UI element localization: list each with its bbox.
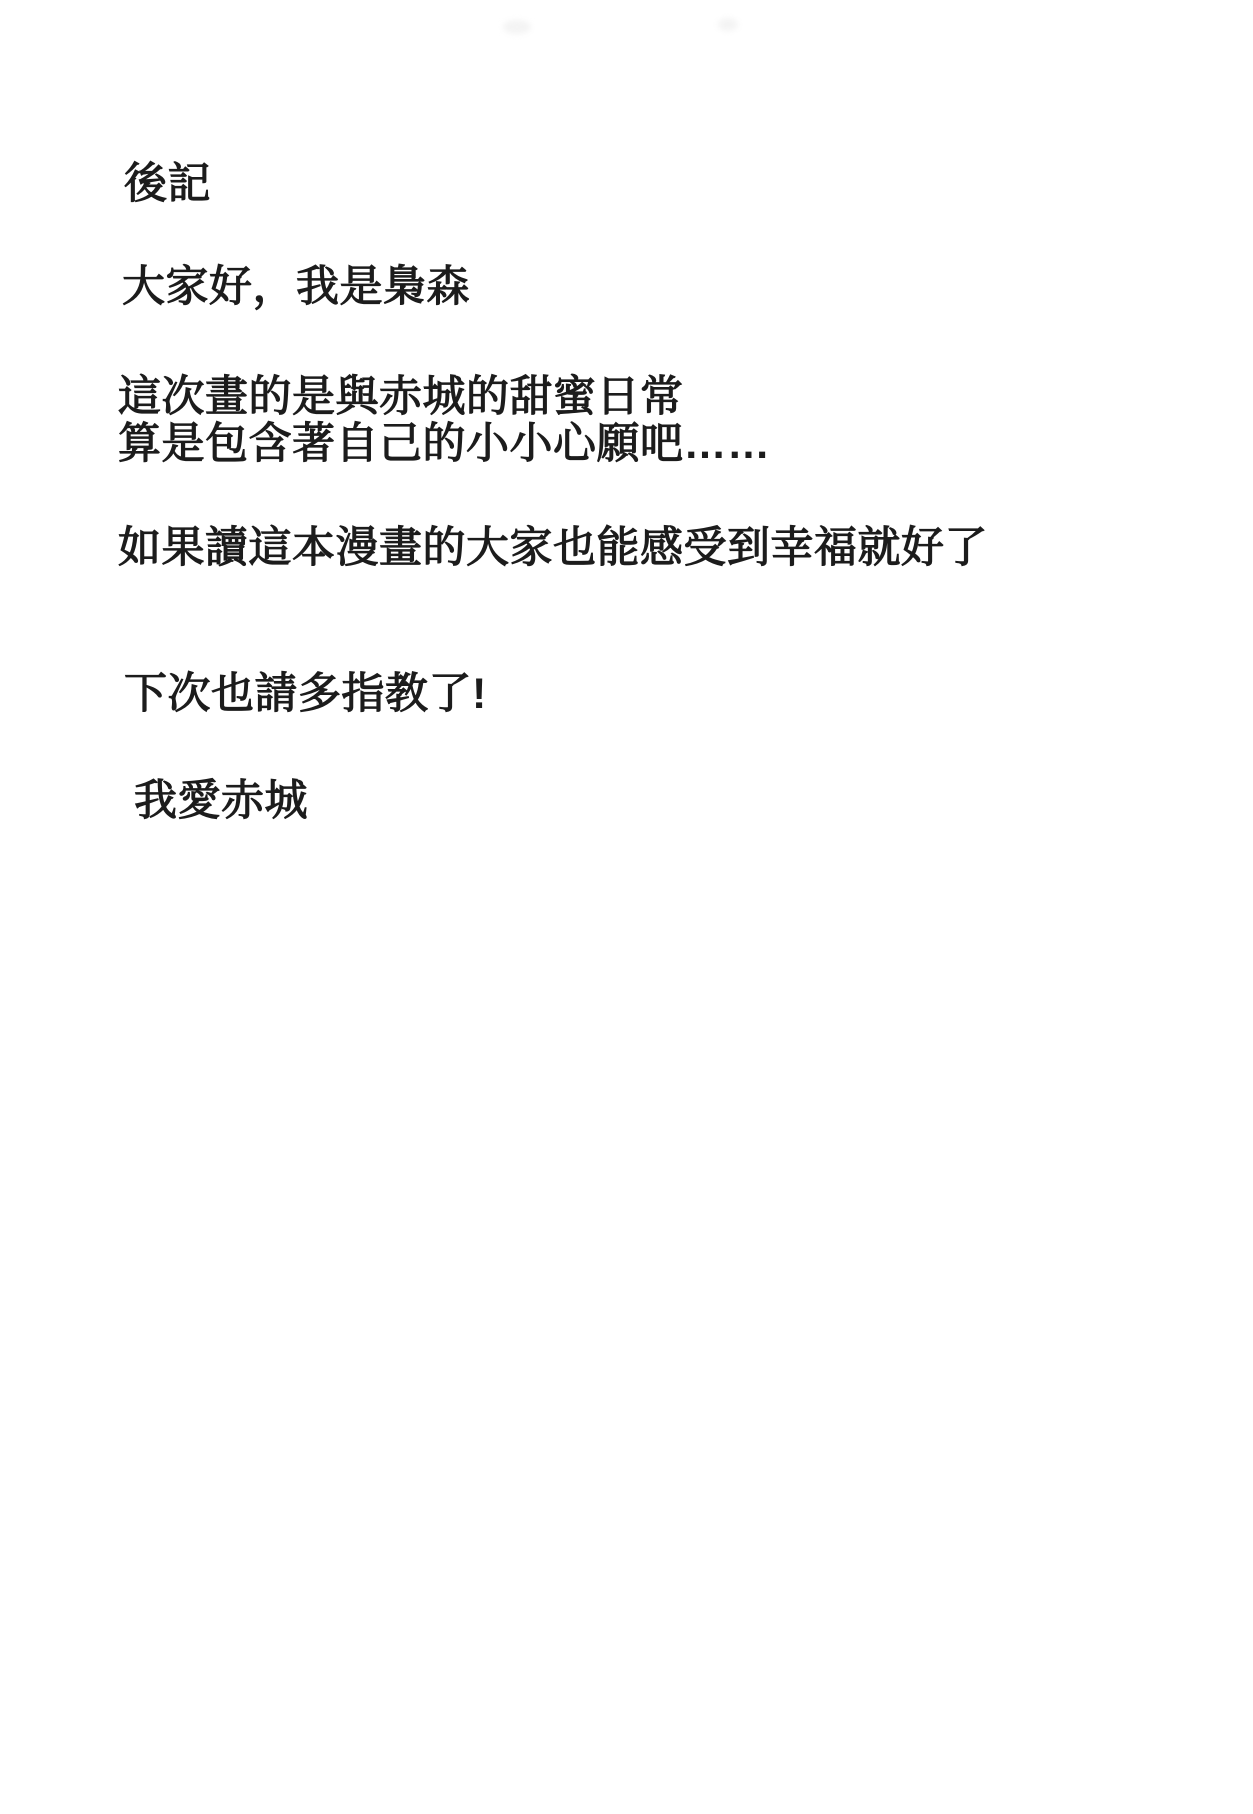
body-paragraph-line-1: 這次畫的是與赤城的甜蜜日常: [118, 374, 684, 421]
scan-bleed-artifact: [718, 18, 738, 31]
closing-line: 下次也請多指教了!: [124, 671, 487, 718]
greeting-line: 大家好，我是梟森: [122, 264, 470, 311]
afterword-page: 後記 大家好，我是梟森 這次畫的是與赤城的甜蜜日常 算是包含著自己的小小心願吧……: [0, 0, 1253, 1814]
scan-bleed-artifact: [503, 20, 531, 34]
body-paragraph-line-2: 算是包含著自己的小小心願吧……: [118, 421, 771, 468]
signature-line: 我愛赤城: [134, 778, 308, 825]
afterword-title: 後記: [124, 161, 211, 208]
body-paragraph-line-3: 如果讀這本漫畫的大家也能感受到幸福就好了: [118, 525, 988, 572]
